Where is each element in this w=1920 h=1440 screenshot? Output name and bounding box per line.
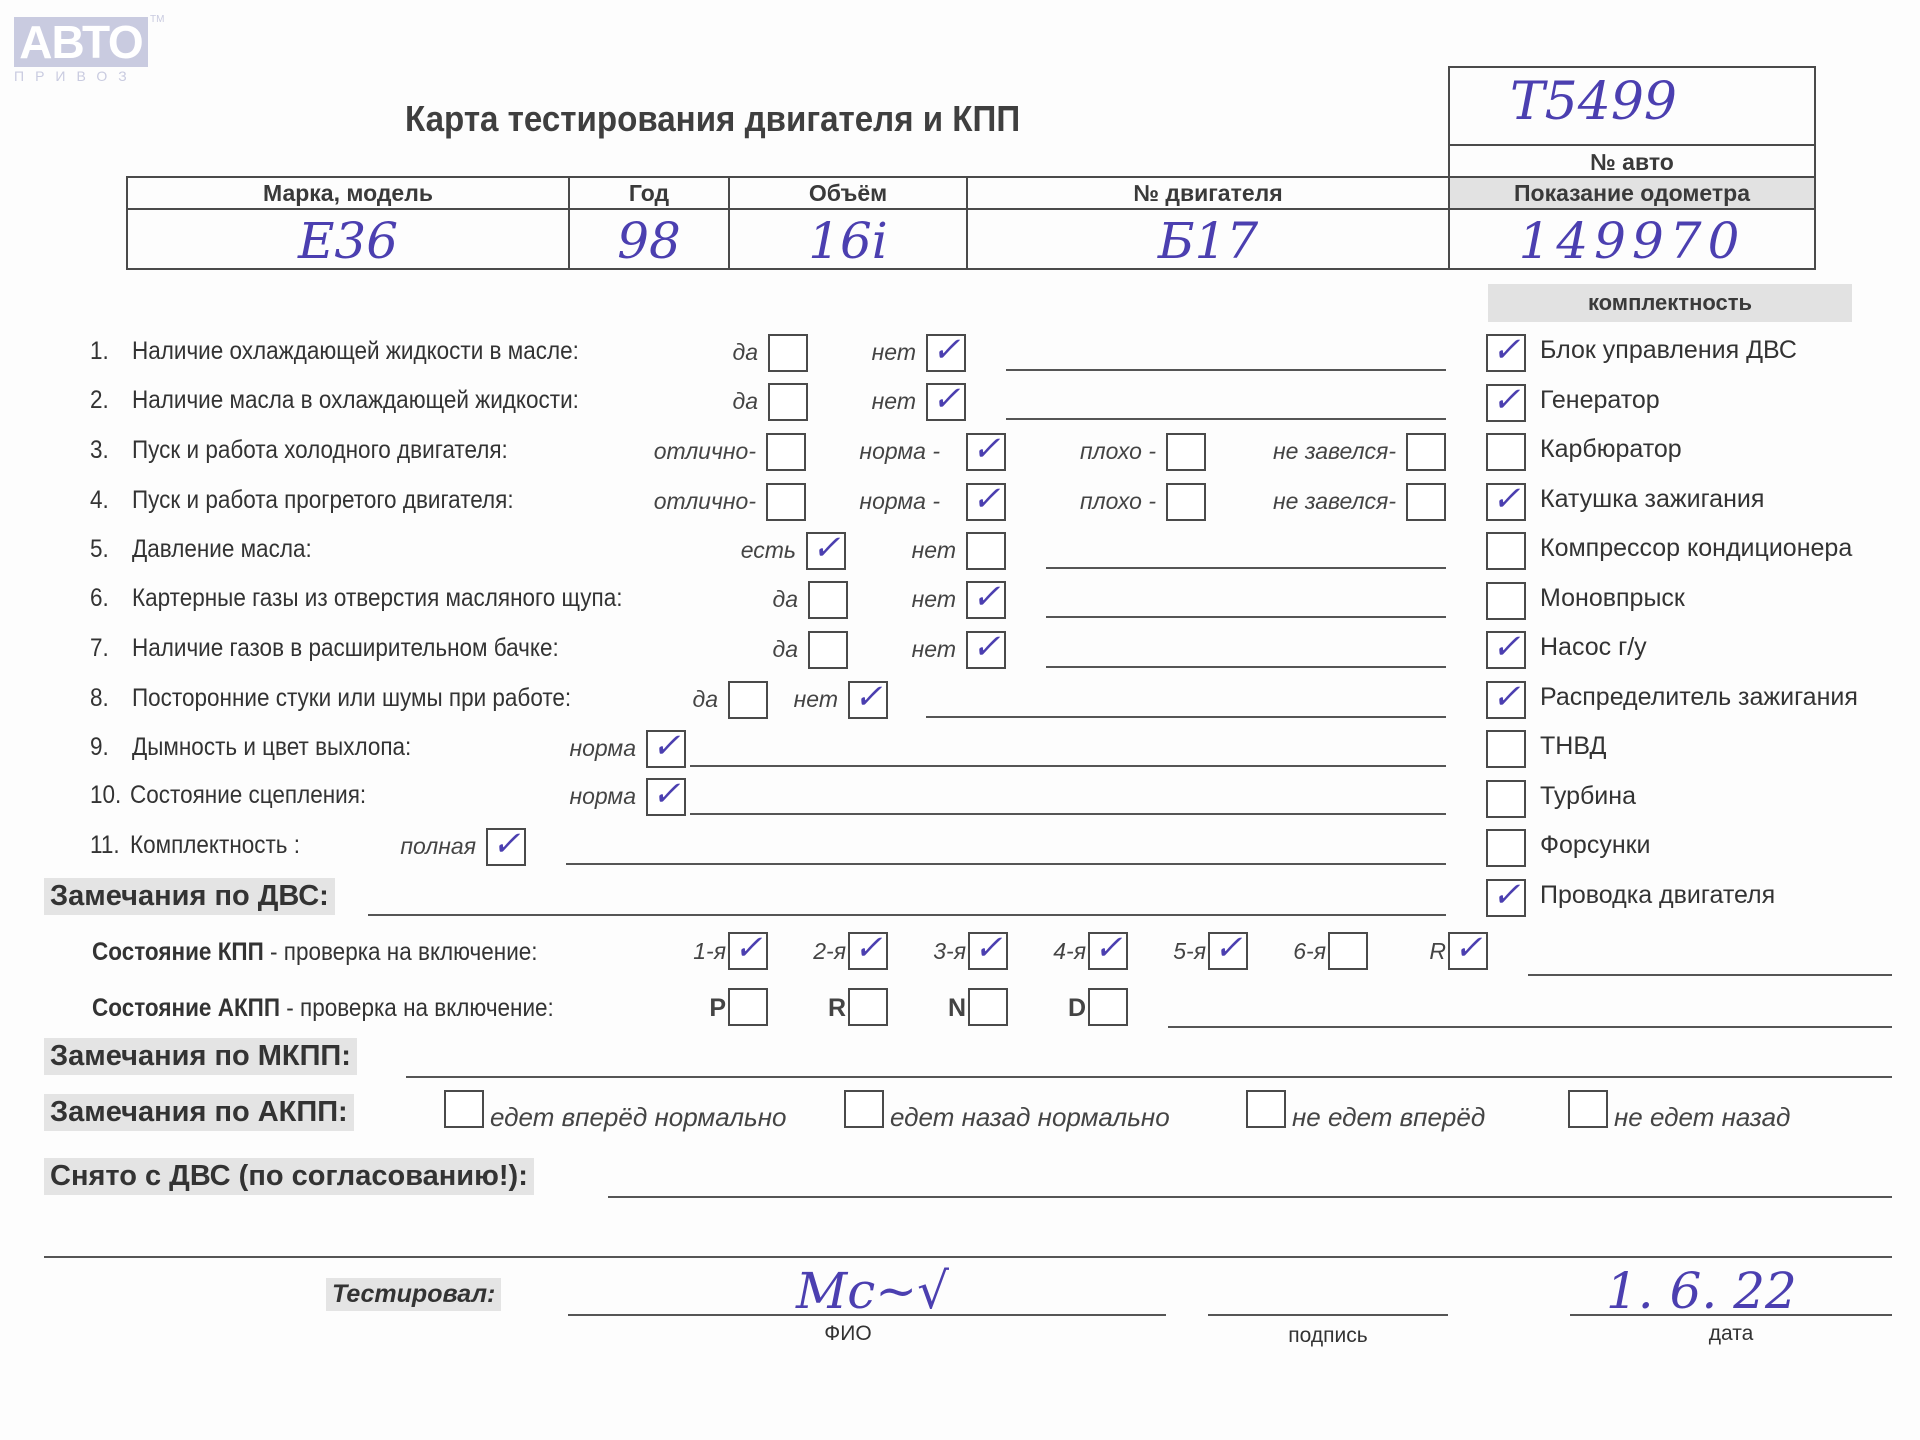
header-cell: № двигателя bbox=[966, 176, 1450, 210]
check-number: 9. bbox=[90, 733, 109, 762]
option-label: плохо - bbox=[958, 488, 1156, 515]
kit-checkbox[interactable] bbox=[1486, 532, 1526, 570]
column-header: Год bbox=[570, 178, 728, 208]
comment-line[interactable] bbox=[690, 813, 1446, 815]
date-value: 1. 6. 22 bbox=[1606, 1262, 1797, 1320]
page-title: Карта тестирования двигателя и КПП bbox=[405, 98, 1020, 140]
checkmark-icon: ✓ bbox=[1492, 875, 1521, 915]
check-number: 10. bbox=[90, 781, 121, 810]
kit-checkbox[interactable]: ✓ bbox=[1486, 631, 1526, 669]
option-label: нет bbox=[718, 339, 916, 366]
akpp-option-checkbox[interactable] bbox=[1568, 1090, 1608, 1128]
logo-subtitle: ПРИВОЗ bbox=[14, 68, 148, 84]
option-label: норма - bbox=[742, 438, 940, 465]
gear-label: 1-я bbox=[626, 938, 726, 965]
header-cell: Год bbox=[568, 176, 730, 210]
logo-tm: TM bbox=[150, 14, 164, 25]
option-label: не завелся- bbox=[1198, 438, 1396, 465]
tester-name-line[interactable] bbox=[568, 1314, 1166, 1316]
check-number: 8. bbox=[90, 684, 109, 713]
option-label: нет bbox=[758, 636, 956, 663]
tester-name-value: Мс~√ bbox=[796, 1262, 949, 1320]
column-header: Марка, модель bbox=[128, 178, 568, 208]
check-number: 5. bbox=[90, 535, 109, 564]
gear-label: 5-я bbox=[1106, 938, 1206, 965]
checkmark-icon: ✓ bbox=[1454, 928, 1483, 968]
kit-checkbox[interactable] bbox=[1486, 730, 1526, 768]
name-caption: ФИО bbox=[568, 1322, 1128, 1346]
kit-checkbox[interactable]: ✓ bbox=[1486, 384, 1526, 422]
akpp-option-label: не едет назад bbox=[1614, 1102, 1790, 1133]
kit-item-label: Моновпрыск bbox=[1540, 584, 1685, 613]
option-checkbox[interactable]: ✓ bbox=[848, 681, 888, 719]
option-label: отлично- bbox=[558, 488, 756, 515]
date-caption: дата bbox=[1570, 1322, 1892, 1346]
akpp-remarks-label: Замечания по АКПП: bbox=[44, 1094, 354, 1131]
option-checkbox[interactable]: ✓ bbox=[646, 730, 686, 768]
option-label: полная bbox=[278, 833, 476, 860]
kit-item-label: Проводка двигателя bbox=[1540, 881, 1775, 910]
signature-line[interactable] bbox=[1208, 1314, 1448, 1316]
option-label: норма bbox=[438, 735, 636, 762]
logo: АВТО bbox=[14, 17, 148, 67]
akpp-option-checkbox[interactable] bbox=[844, 1090, 884, 1128]
kit-item-label: Компрессор кондиционера bbox=[1540, 534, 1852, 563]
option-label: отлично- bbox=[558, 438, 756, 465]
option-label: нет bbox=[640, 686, 838, 713]
car-number-label: № авто bbox=[1450, 146, 1814, 178]
kit-item-label: Распределитель зажигания bbox=[1540, 683, 1858, 712]
kit-checkbox[interactable]: ✓ bbox=[1486, 879, 1526, 917]
header-cell: Показание одометра bbox=[1448, 176, 1816, 210]
option-label: норма - bbox=[742, 488, 940, 515]
checkmark-icon: ✓ bbox=[652, 726, 681, 766]
header-value: E36 bbox=[128, 210, 568, 272]
header-value: 149970 bbox=[1450, 210, 1814, 272]
checkmark-icon: ✓ bbox=[972, 627, 1001, 667]
option-label: нет bbox=[758, 586, 956, 613]
mkpp-remarks-label: Замечания по МКПП: bbox=[44, 1038, 357, 1075]
header-value: Б17 bbox=[968, 210, 1448, 272]
position-label: N bbox=[928, 994, 966, 1023]
removed-line[interactable] bbox=[608, 1196, 1892, 1198]
kit-item-label: Насос г/у bbox=[1540, 633, 1647, 662]
gear-label: 4-я bbox=[986, 938, 1086, 965]
checkmark-icon: ✓ bbox=[854, 677, 883, 717]
option-label: нет bbox=[718, 388, 916, 415]
header-cell: Объём bbox=[728, 176, 968, 210]
checkmark-icon: ✓ bbox=[492, 824, 521, 864]
header-value: 16i bbox=[730, 210, 966, 272]
check-number: 6. bbox=[90, 584, 109, 613]
comment-line[interactable] bbox=[1046, 616, 1446, 618]
option-checkbox[interactable]: ✓ bbox=[646, 778, 686, 816]
position-label: P bbox=[688, 994, 726, 1023]
check-label: Наличие газов в расширительном бачке: bbox=[132, 634, 559, 663]
comment-line[interactable] bbox=[926, 716, 1446, 718]
kit-checkbox[interactable] bbox=[1486, 433, 1526, 471]
auto-gearbox-label: Состояние АКПП - проверка на включение: bbox=[92, 994, 554, 1023]
header-value-field[interactable]: 98 bbox=[568, 208, 730, 270]
auto-gearbox-label-rest: - проверка на включение: bbox=[280, 994, 554, 1022]
kit-item-label: Карбюратор bbox=[1540, 435, 1682, 464]
comment-line[interactable] bbox=[1046, 567, 1446, 569]
comment-line[interactable] bbox=[1006, 369, 1446, 371]
header-value: 98 bbox=[570, 210, 728, 272]
kit-item-label: Турбина bbox=[1540, 782, 1636, 811]
option-label: норма bbox=[438, 783, 636, 810]
check-label: Пуск и работа прогретого двигателя: bbox=[132, 486, 514, 515]
position-checkbox[interactable] bbox=[1088, 988, 1128, 1026]
akpp-option-checkbox[interactable] bbox=[444, 1090, 484, 1128]
check-label: Дымность и цвет выхлопа: bbox=[132, 733, 411, 762]
check-number: 3. bbox=[90, 436, 109, 465]
auto-gearbox-label-bold: Состояние АКПП bbox=[92, 994, 280, 1022]
gear-checkbox[interactable]: ✓ bbox=[1448, 932, 1488, 970]
kit-item-label: Генератор bbox=[1540, 386, 1660, 415]
car-number-value: T5499 bbox=[1510, 72, 1677, 132]
option-label: не завелся- bbox=[1198, 488, 1396, 515]
kit-checkbox[interactable] bbox=[1486, 829, 1526, 867]
kit-header: комплектность bbox=[1488, 284, 1852, 322]
removed-label: Снято с ДВС (по согласованию!): bbox=[44, 1158, 534, 1195]
auto-gearbox-line[interactable] bbox=[1168, 1026, 1892, 1028]
check-label: Давление масла: bbox=[132, 535, 312, 564]
check-number: 4. bbox=[90, 486, 109, 515]
checkmark-icon: ✓ bbox=[1492, 627, 1521, 667]
manual-gearbox-line[interactable] bbox=[1528, 974, 1892, 976]
engine-remarks-line[interactable] bbox=[368, 914, 1446, 916]
check-label: Состояние сцепления: bbox=[130, 781, 366, 810]
checkmark-icon: ✓ bbox=[1492, 330, 1521, 370]
comment-line[interactable] bbox=[566, 863, 1446, 865]
car-number-field[interactable]: T5499 bbox=[1448, 66, 1816, 146]
checkmark-icon: ✓ bbox=[1492, 677, 1521, 717]
checkmark-icon: ✓ bbox=[652, 774, 681, 814]
gear-label: 2-я bbox=[746, 938, 846, 965]
option-checkbox[interactable] bbox=[1406, 433, 1446, 471]
position-label: D bbox=[1048, 994, 1086, 1023]
check-label: Картерные газы из отверстия масляного щу… bbox=[132, 584, 622, 613]
checkmark-icon: ✓ bbox=[972, 577, 1001, 617]
gear-label: R bbox=[1346, 938, 1446, 965]
header-value-field[interactable]: Б17 bbox=[966, 208, 1450, 270]
position-label: R bbox=[808, 994, 846, 1023]
checkmark-icon: ✓ bbox=[932, 379, 961, 419]
check-label: Комплектность : bbox=[130, 831, 300, 860]
kit-item-label: Форсунки bbox=[1540, 831, 1651, 860]
checkmark-icon: ✓ bbox=[1492, 479, 1521, 519]
manual-gearbox-label-rest: - проверка на включение: bbox=[264, 938, 538, 966]
akpp-option-label: едет вперёд нормально bbox=[490, 1102, 786, 1133]
header-cell: Марка, модель bbox=[126, 176, 570, 210]
check-label: Пуск и работа холодного двигателя: bbox=[132, 436, 508, 465]
check-label: Наличие охлаждающей жидкости в масле: bbox=[132, 337, 579, 366]
option-label: нет bbox=[758, 537, 956, 564]
position-checkbox[interactable] bbox=[968, 988, 1008, 1026]
kit-header-label: комплектность bbox=[1488, 284, 1852, 322]
removed-line-2[interactable] bbox=[44, 1256, 1892, 1258]
option-label: плохо - bbox=[958, 438, 1156, 465]
comment-line[interactable] bbox=[1006, 418, 1446, 420]
option-checkbox[interactable]: ✓ bbox=[966, 631, 1006, 669]
option-checkbox[interactable]: ✓ bbox=[926, 383, 966, 421]
kit-item-label: ТНВД bbox=[1540, 732, 1606, 761]
position-checkbox[interactable] bbox=[728, 988, 768, 1026]
option-checkbox[interactable] bbox=[966, 532, 1006, 570]
check-number: 7. bbox=[90, 634, 109, 663]
header-value-field[interactable]: 149970 bbox=[1448, 208, 1816, 270]
kit-checkbox[interactable]: ✓ bbox=[1486, 483, 1526, 521]
akpp-option-checkbox[interactable] bbox=[1246, 1090, 1286, 1128]
car-number-caption-cell: № авто bbox=[1448, 144, 1816, 180]
comment-line[interactable] bbox=[1046, 666, 1446, 668]
kit-item-label: Катушка зажигания bbox=[1540, 485, 1764, 514]
option-checkbox[interactable]: ✓ bbox=[926, 334, 966, 372]
signature-caption: подпись bbox=[1208, 1324, 1448, 1348]
gear-label: 3-я bbox=[866, 938, 966, 965]
check-label: Посторонние стуки или шумы при работе: bbox=[132, 684, 571, 713]
tested-by-label: Тестировал: bbox=[326, 1278, 501, 1311]
column-header: Показание одометра bbox=[1450, 178, 1814, 208]
checkmark-icon: ✓ bbox=[1492, 380, 1521, 420]
kit-checkbox[interactable] bbox=[1486, 780, 1526, 818]
gear-label: 6-я bbox=[1226, 938, 1326, 965]
checkmark-icon: ✓ bbox=[932, 330, 961, 370]
position-checkbox[interactable] bbox=[848, 988, 888, 1026]
option-checkbox[interactable] bbox=[1406, 483, 1446, 521]
header-value-field[interactable]: 16i bbox=[728, 208, 968, 270]
akpp-option-label: едет назад нормально bbox=[890, 1102, 1170, 1133]
kit-checkbox[interactable]: ✓ bbox=[1486, 681, 1526, 719]
kit-checkbox[interactable]: ✓ bbox=[1486, 334, 1526, 372]
check-number: 2. bbox=[90, 386, 109, 415]
column-header: Объём bbox=[730, 178, 966, 208]
check-number: 11. bbox=[90, 831, 120, 860]
option-checkbox[interactable]: ✓ bbox=[486, 828, 526, 866]
mkpp-remarks-line[interactable] bbox=[406, 1076, 1892, 1078]
engine-remarks-label: Замечания по ДВС: bbox=[44, 878, 335, 915]
date-line[interactable] bbox=[1570, 1314, 1892, 1316]
comment-line[interactable] bbox=[690, 765, 1446, 767]
manual-gearbox-label-bold: Состояние КПП bbox=[92, 938, 264, 966]
check-label: Наличие масла в охлаждающей жидкости: bbox=[132, 386, 579, 415]
option-checkbox[interactable]: ✓ bbox=[966, 581, 1006, 619]
header-value-field[interactable]: E36 bbox=[126, 208, 570, 270]
check-number: 1. bbox=[90, 337, 109, 366]
akpp-option-label: не едет вперёд bbox=[1292, 1102, 1485, 1133]
kit-checkbox[interactable] bbox=[1486, 582, 1526, 620]
manual-gearbox-label: Состояние КПП - проверка на включение: bbox=[92, 938, 538, 967]
column-header: № двигателя bbox=[968, 178, 1448, 208]
kit-item-label: Блок управления ДВС bbox=[1540, 336, 1797, 365]
